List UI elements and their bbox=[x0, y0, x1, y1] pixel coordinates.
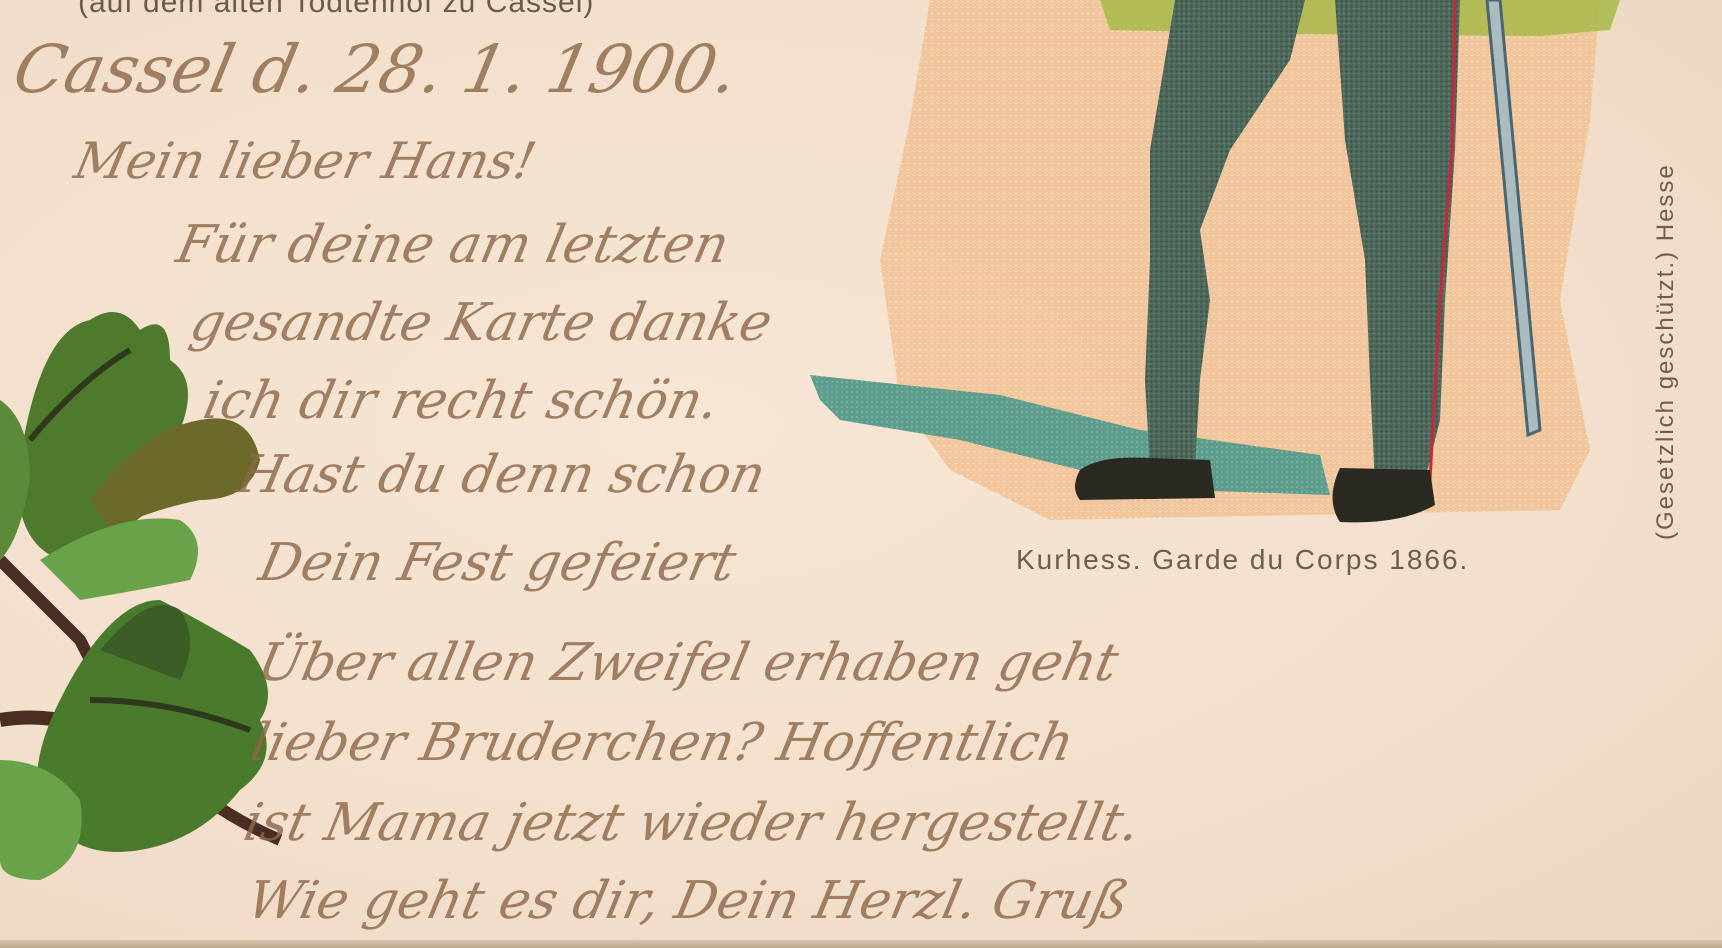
hand-line: gesandte Karte danke bbox=[185, 293, 777, 353]
hand-line: ist Mama jetzt wieder hergestellt. bbox=[239, 793, 1146, 853]
handwritten-message: Cassel d. 28. 1. 1900. Mein lieber Hans!… bbox=[0, 0, 1722, 948]
postcard: (auf dem alten Todtenhof zu Cassel) bbox=[0, 0, 1722, 948]
hand-line-greeting: Mein lieber Hans! bbox=[69, 132, 541, 190]
hand-line: Dein Fest gefeiert bbox=[253, 533, 742, 593]
hand-line: ich dir recht schön. bbox=[198, 371, 724, 431]
hand-line: Für deine am letzten bbox=[171, 215, 735, 275]
hand-line: Hast du denn schon bbox=[232, 445, 771, 505]
copyright-notice: (Gesetzlich geschützt.) Hesse bbox=[1652, 163, 1680, 540]
hand-line-date: Cassel d. 28. 1. 1900. bbox=[7, 31, 745, 108]
hand-line: Über allen Zweifel erhaben geht bbox=[253, 633, 1125, 693]
hand-line: lieber Bruderchen? Hoffentlich bbox=[246, 713, 1080, 773]
illustration-caption: Kurhess. Garde du Corps 1866. bbox=[1016, 544, 1469, 576]
hand-line-closing: Wie geht es dir, Dein Herzl. Gruß bbox=[242, 871, 1134, 931]
